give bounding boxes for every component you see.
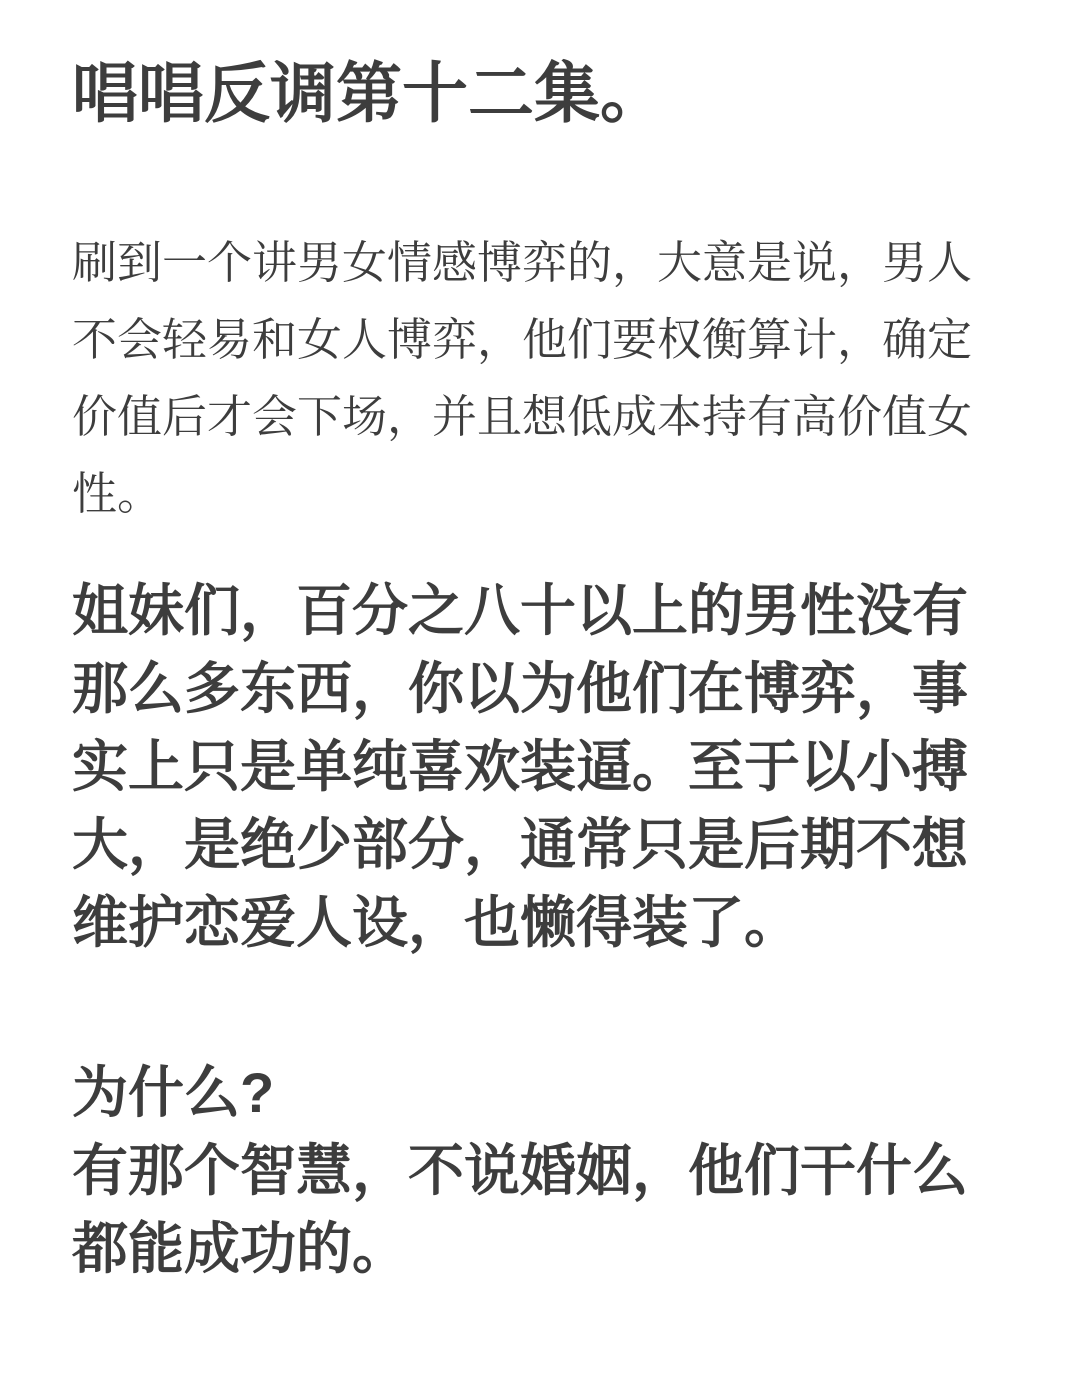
page-title: 唱唱反调第十二集。: [72, 55, 1008, 131]
closing-answer-line: 有那个智慧，不说婚姻，他们干什么都能成功的。: [72, 1132, 1008, 1288]
paragraph-main-point: 姐妹们，百分之八十以上的男性没有那么多东西，你以为他们在博弈，事实上只是单纯喜欢…: [72, 572, 1008, 962]
article-page: 唱唱反调第十二集。 刷到一个讲男女情感博弈的，大意是说，男人不会轻易和女人博弈，…: [0, 0, 1080, 1381]
paragraph-closing: 为什么? 有那个智慧，不说婚姻，他们干什么都能成功的。: [72, 1054, 1008, 1288]
closing-question-line: 为什么?: [72, 1054, 1008, 1132]
paragraph-intro: 刷到一个讲男女情感博弈的，大意是说，男人不会轻易和女人博弈，他们要权衡算计，确定…: [72, 224, 1008, 532]
